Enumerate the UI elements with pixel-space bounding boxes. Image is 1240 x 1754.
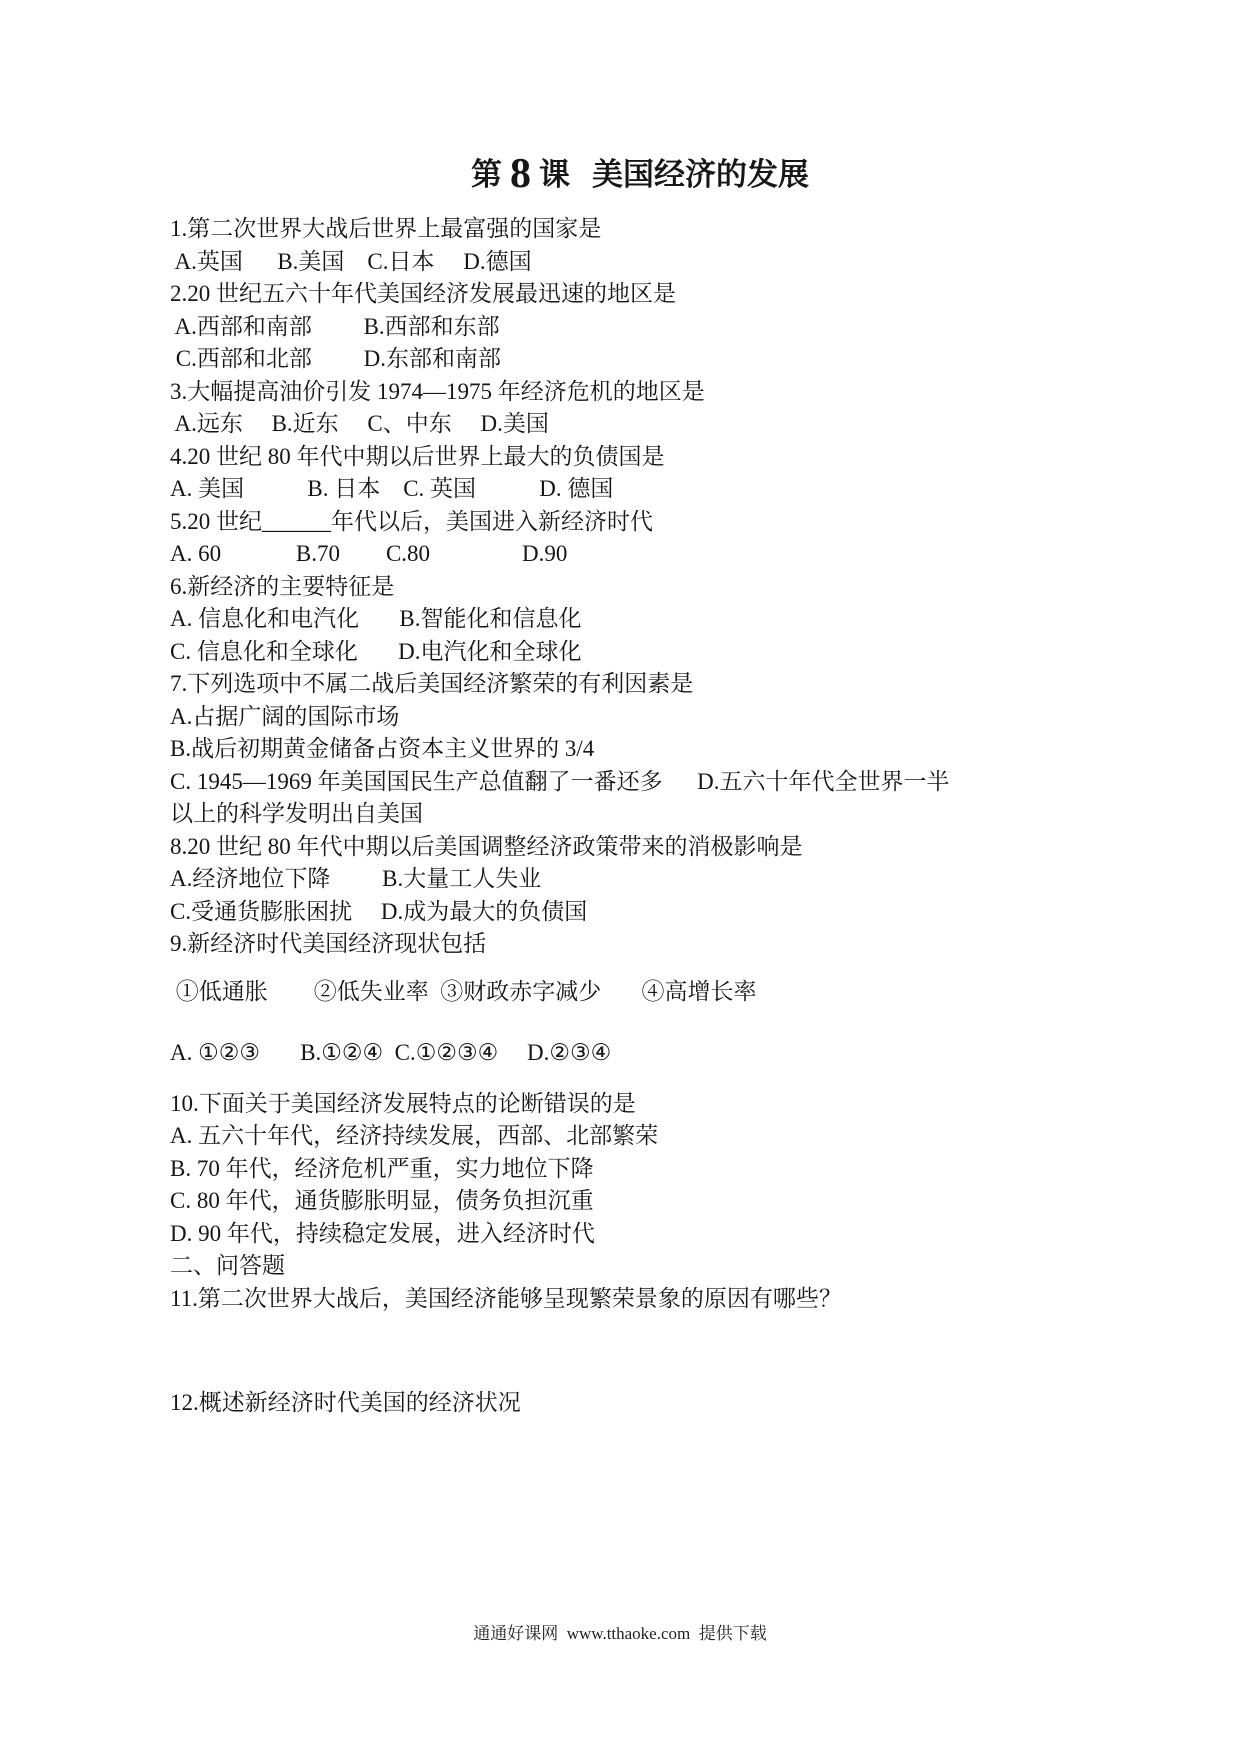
text-line: C. 信息化和全球化 D.电汽化和全球化 xyxy=(170,636,1110,669)
text-line: A.经济地位下降 B.大量工人失业 xyxy=(170,863,1110,896)
text-line: 1.第二次世界大战后世界上最富强的国家是 xyxy=(170,213,1110,246)
document-body: 1.第二次世界大战后世界上最富强的国家是 A.英国 B.美国 C.日本 D.德国… xyxy=(170,213,1110,1420)
text-line: ①低通胀 ②低失业率 ③财政赤字减少 ④高增长率 xyxy=(170,976,1110,1009)
footer-watermark: 通通好课网 www.tthaoke.com 提供下载 xyxy=(0,1622,1240,1646)
text-line: C.受通货膨胀困扰 D.成为最大的负债国 xyxy=(170,896,1110,929)
text-line: 二、问答题 xyxy=(170,1250,1110,1283)
text-line: A.西部和南部 B.西部和东部 xyxy=(170,311,1110,344)
text-line: A. 60 B.70 C.80 D.90 xyxy=(170,538,1110,571)
text-line: 9.新经济时代美国经济现状包括 xyxy=(170,928,1110,961)
text-line: 10.下面关于美国经济发展特点的论断错误的是 xyxy=(170,1088,1110,1121)
text-line: B.战后初期黄金储备占资本主义世界的 3/4 xyxy=(170,733,1110,766)
text-line: 3.大幅提高油价引发 1974—1975 年经济危机的地区是 xyxy=(170,376,1110,409)
page-title: 第8课美国经济的发展 xyxy=(170,150,1110,199)
text-line: A.英国 B.美国 C.日本 D.德国 xyxy=(170,246,1110,279)
text-line: A. 五六十年代，经济持续发展，西部、北部繁荣 xyxy=(170,1120,1110,1153)
text-line: 12.概述新经济时代美国的经济状况 xyxy=(170,1387,1110,1420)
text-line: 2.20 世纪五六十年代美国经济发展最迅速的地区是 xyxy=(170,278,1110,311)
text-line: 5.20 世纪______年代以后，美国进入新经济时代 xyxy=(170,506,1110,539)
text-line: 7.下列选项中不属二战后美国经济繁荣的有利因素是 xyxy=(170,668,1110,701)
text-line: D. 90 年代，持续稳定发展，进入经济时代 xyxy=(170,1218,1110,1251)
title-lesson-suffix: 课 xyxy=(539,157,570,192)
text-line: A.占据广阔的国际市场 xyxy=(170,701,1110,734)
text-line: 以上的科学发明出自美国 xyxy=(170,798,1110,831)
text-line: C. 1945—1969 年美国国民生产总值翻了一番还多 D.五六十年代全世界一… xyxy=(170,766,1110,799)
text-line: 11.第二次世界大战后，美国经济能够呈现繁荣景象的原因有哪些？ xyxy=(170,1283,1110,1316)
text-line: A.远东 B.近东 C、中东 D.美国 xyxy=(170,408,1110,441)
text-line: C.西部和北部 D.东部和南部 xyxy=(170,343,1110,376)
text-line: 8.20 世纪 80 年代中期以后美国调整经济政策带来的消极影响是 xyxy=(170,831,1110,864)
text-line: 4.20 世纪 80 年代中期以后世界上最大的负债国是 xyxy=(170,441,1110,474)
worksheet-page: 第8课美国经济的发展 1.第二次世界大战后世界上最富强的国家是 A.英国 B.美… xyxy=(0,0,1240,1754)
text-line: A. 信息化和电汽化 B.智能化和信息化 xyxy=(170,603,1110,636)
document-content: 第8课美国经济的发展 1.第二次世界大战后世界上最富强的国家是 A.英国 B.美… xyxy=(170,150,1110,1420)
title-lesson-prefix: 第 xyxy=(471,157,502,192)
text-line: C. 80 年代，通货膨胀明显，债务负担沉重 xyxy=(170,1185,1110,1218)
title-lesson-number: 8 xyxy=(502,151,539,197)
text-line: B. 70 年代，经济危机严重，实力地位下降 xyxy=(170,1153,1110,1186)
text-line: 6.新经济的主要特征是 xyxy=(170,571,1110,604)
text-line: A. 美国 B. 日本 C. 英国 D. 德国 xyxy=(170,473,1110,506)
title-main-text: 美国经济的发展 xyxy=(592,157,809,192)
text-line: A. ①②③ B.①②④ C.①②③④ D.②③④ xyxy=(170,1037,1110,1070)
